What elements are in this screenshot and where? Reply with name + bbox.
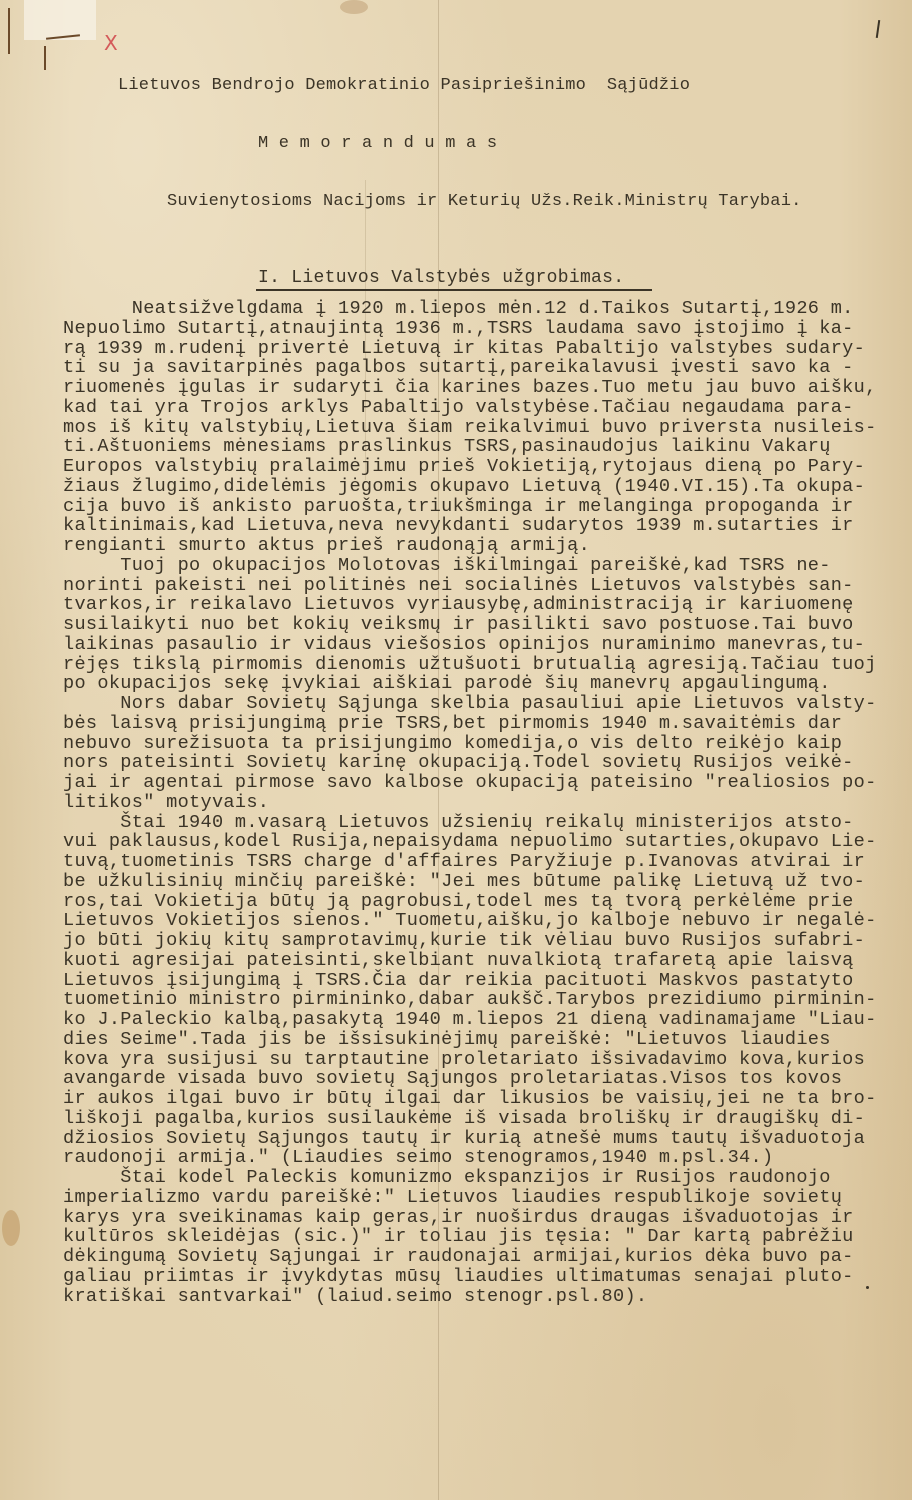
document-title: M e m o r a n d u m a s [258,134,497,154]
text-line: ko J.Paleckio kalbą,pasakytą 1940 m.liep… [63,1010,877,1030]
text-line: vui paklausus,kodel Rusija,nepaisydama n… [63,832,877,852]
text-line: tuometinio ministro pirmininko,dabar auk… [63,990,877,1010]
text-line: avangarde visada buvo sovietų Sąjungos p… [63,1069,842,1089]
section-title: I. Lietuvos Valstybės užgrobimas. [258,268,624,288]
text-line: Lietuvos Vokietijos sienos." Tuometu,aiš… [63,911,877,931]
text-line: Nors dabar Sovietų Sąjunga skelbia pasau… [63,694,877,714]
text-line: jo būti jokių kitų samprotavimų,kurie ti… [63,931,865,951]
text-line: dėkingumą Sovietų Sąjungai ir raudonajai… [63,1247,854,1267]
text-line: ir aukos ilgai buvo ir būtų ilgai dar li… [63,1089,877,1109]
text-line: kultūros skleidėjas (sic.)" ir toliau ji… [63,1227,854,1247]
text-line: norinti pakeisti nei politinės nei socia… [63,576,854,596]
stain [340,0,368,14]
text-line: ti.Aštuoniems mėnesiams praslinkus TSRS,… [63,437,831,457]
text-line: rengianti smurto aktus prieš raudonąją a… [63,536,590,556]
text-line: riuomenės įgulas ir sudaryti čia karines… [63,378,877,398]
text-line: Tuoj po okupacijos Molotovas iškilmingai… [63,556,831,576]
pencil-tick-mark [876,20,880,38]
text-line: galiau priimtas ir įvykdytas mūsų liaudi… [63,1267,854,1287]
text-line: susilaikyti nuo bet kokių veiksmų ir pas… [63,615,854,635]
section-title-underline [256,289,652,291]
text-line: raudonoji armija." (Liaudies seimo steno… [63,1148,773,1168]
text-line: rą 1939 m.rudenį privertė Lietuvą ir kit… [63,339,865,359]
text-line: ti su ja savitarpinės pagalbos sutartį,p… [63,358,854,378]
ink-dot [866,1286,869,1289]
organization-heading: Lietuvos Bendrojo Demokratinio Pasiprieš… [118,76,690,96]
text-line: Štai kodel Paleckis komunizmo ekspanzijo… [63,1168,831,1188]
text-line: kratiškai santvarkai" (laiud.seimo steno… [63,1287,647,1307]
text-line: Lietuvos įsijungimą į TSRS.Čia dar reiki… [63,971,854,991]
margin-ink-mark [8,8,10,54]
text-line: dies Seime".Tada jis be išsisukinėjimų p… [63,1030,831,1050]
text-line: bės laisvą prisijungimą prie TSRS,bet pi… [63,714,842,734]
text-line: džiosios Sovietų Sąjungos tautų ir kurią… [63,1129,865,1149]
text-line: litikos" motyvais. [63,793,269,813]
text-line: mos iš kitų valstybių,Lietuva šiam reika… [63,418,877,438]
text-line: liškoji pagalba,kurios susilaukėme iš vi… [63,1109,865,1129]
text-line: jai ir agentai pirmose savo kalbose okup… [63,773,877,793]
text-line: cija buvo iš ankisto paruošta,triukšming… [63,497,854,517]
addressee-line: Suvienytosioms Nacijoms ir Keturių Užs.R… [167,192,802,212]
stain [2,1210,20,1246]
text-line: Nepuolimo Sutartį,atnaujintą 1936 m.,TSR… [63,319,854,339]
text-line: laikinas pasaulio ir vidaus viešosios op… [63,635,865,655]
text-line: ros,tai Vokietija būtų ją pagrobusi,tode… [63,892,854,912]
text-line: kova yra susijusi su tarptautine proleta… [63,1050,865,1070]
tape-remnant [24,0,96,40]
text-line: Štai 1940 m.vasarą Lietuvos užsienių rei… [63,813,854,833]
text-line: be užkulisinių minčių pareiškė: "Jei mes… [63,872,865,892]
text-line: kuoti agresijai pateisinti,skelbiant nuv… [63,951,854,971]
text-line: rėjęs tikslą pirmomis dienomis užtušuoti… [63,655,877,675]
text-line: kad tai yra Trojos arklys Pabaltijo vals… [63,398,854,418]
text-line: karys yra sveikinamas kaip geras,ir nuoš… [63,1208,854,1228]
text-line: kaltinimais,kad Lietuva,neva nevykdanti … [63,516,854,536]
text-line: tvarkos,ir reikalavo Lietuvos vyriausybę… [63,595,854,615]
margin-ink-mark [44,46,46,70]
text-line: po okupacijos sekę įvykiai aiškiai parod… [63,674,831,694]
text-line: Neatsižvelgdama į 1920 m.liepos mėn.12 d… [63,299,854,319]
text-line: nors pateisinti Sovietų karinę okupaciją… [63,753,854,773]
text-line: Europos valstybių pralaimėjimu prieš Vok… [63,457,865,477]
text-line: imperializmo vardu pareiškė:" Lietuvos l… [63,1188,842,1208]
text-line: tuvą,tuometinis TSRS charge d'affaires P… [63,852,865,872]
red-x-mark: X [104,32,124,54]
text-line: žiaus žlugimo,didelėmis jėgomis okupavo … [63,477,865,497]
text-line: nebuvo surežisuota ta prisijungimo komed… [63,734,842,754]
